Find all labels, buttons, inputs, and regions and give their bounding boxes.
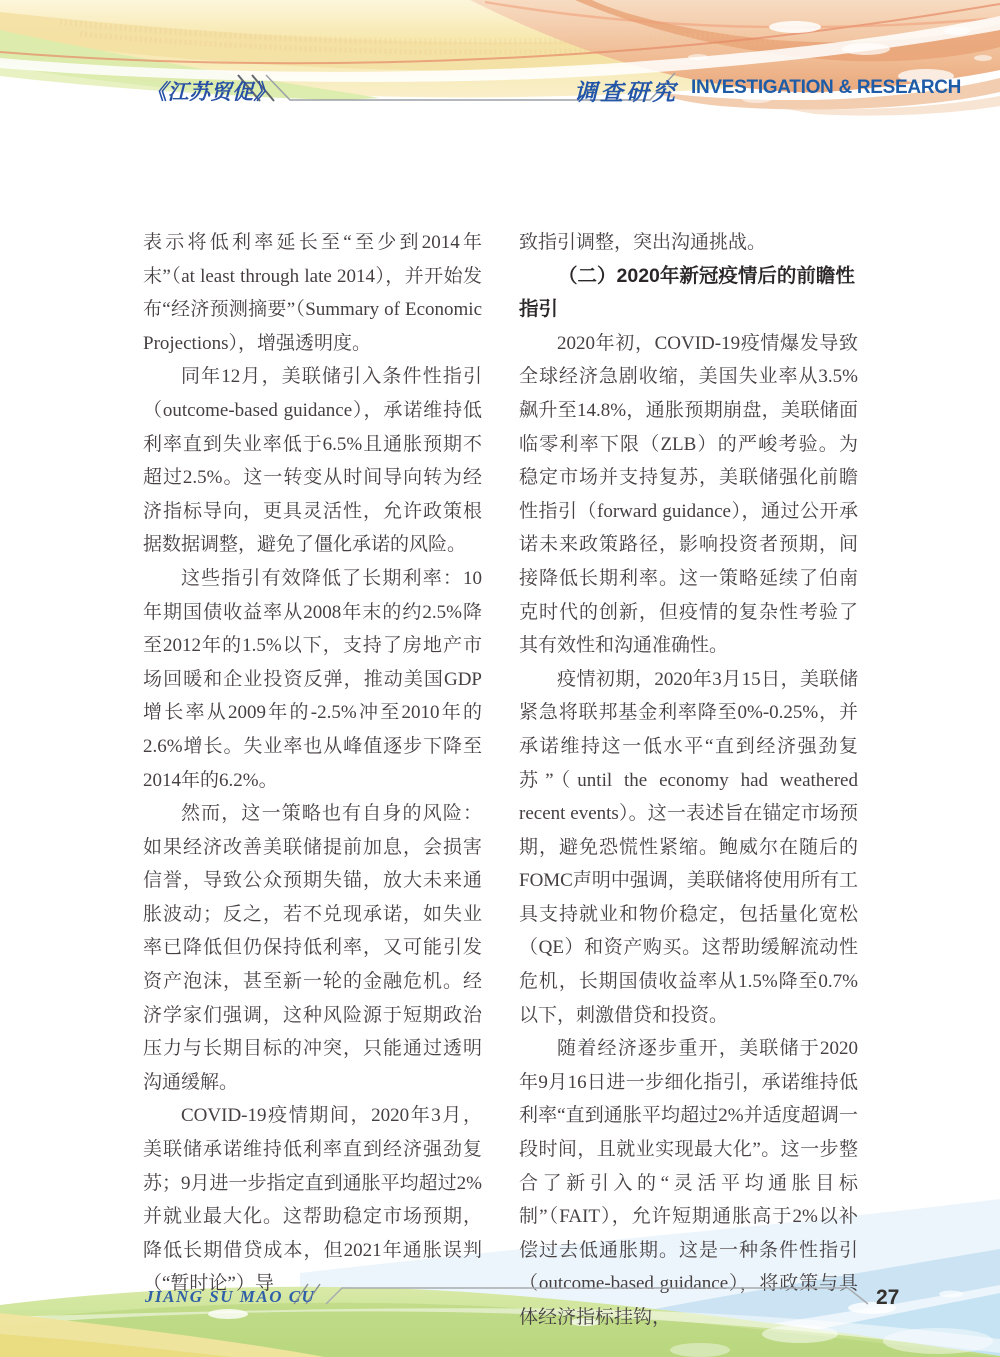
section-title-english: INVESTIGATION & RESEARCH bbox=[691, 77, 961, 99]
paragraph: 同年12月，美联储引入条件性指引（outcome-based guidance）… bbox=[143, 360, 482, 562]
paragraph: 表示将低利率延长至“至少到2014年末”（at least through la… bbox=[143, 226, 482, 360]
paragraph: 疫情初期，2020年3月15日，美联储紧急将联邦基金利率降至0%-0.25%，并… bbox=[519, 663, 858, 1033]
footer-rule-line bbox=[280, 1278, 880, 1314]
column-left: 表示将低利率延长至“至少到2014年末”（at least through la… bbox=[143, 226, 482, 1335]
paragraph: 然而，这一策略也有自身的风险：如果经济改善美联储提前加息，会损害信誉，导致公众预… bbox=[143, 797, 482, 1099]
subsection-heading: （二）2020年新冠疫情后的前瞻性指引 bbox=[519, 260, 858, 327]
column-right: 致指引调整，突出沟通挑战。 （二）2020年新冠疫情后的前瞻性指引 2020年初… bbox=[519, 226, 858, 1335]
paragraph: COVID-19疫情期间，2020年3月，美联储承诺维持低利率直到经济强劲复苏；… bbox=[143, 1099, 482, 1301]
journal-name-pinyin: JIANG SU MAO CU bbox=[145, 1287, 315, 1307]
page: 《江苏贸促》 调查研究 INVESTIGATION & RESEARCH 表示将… bbox=[0, 0, 1000, 1357]
paragraph: 这些指引有效降低了长期利率：10年期国债收益率从2008年末的约2.5%降至20… bbox=[143, 562, 482, 797]
journal-logo: 《江苏贸促》 bbox=[146, 76, 275, 106]
section-title-chinese: 调查研究 bbox=[574, 74, 678, 107]
paragraph: 致指引调整，突出沟通挑战。 bbox=[519, 226, 858, 260]
paragraph: 2020年初，COVID-19疫情爆发导致全球经济急剧收缩，美国失业率从3.5%… bbox=[519, 327, 858, 663]
page-number: 27 bbox=[876, 1286, 899, 1310]
article-body: 表示将低利率延长至“至少到2014年末”（at least through la… bbox=[143, 226, 858, 1335]
